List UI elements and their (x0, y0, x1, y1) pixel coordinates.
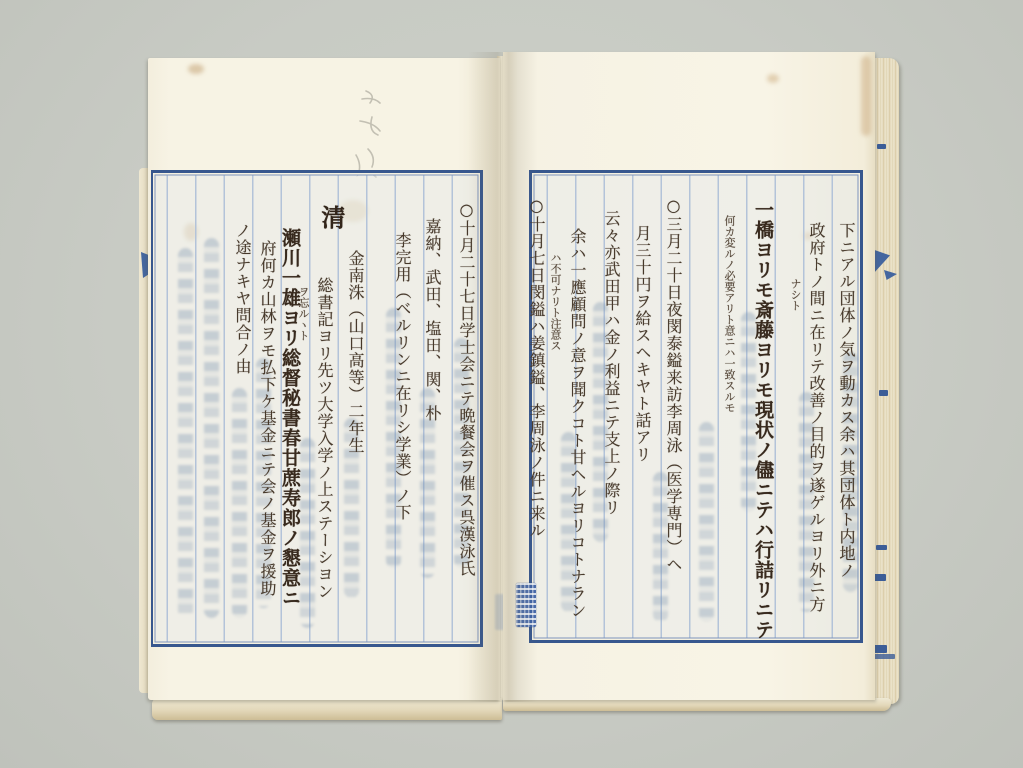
ink-bleedthrough (232, 388, 247, 618)
ink-bleedthrough (178, 248, 193, 618)
fore-edge-stack (873, 58, 899, 704)
fore-edge-frame-tick (877, 144, 886, 149)
left-page: ○十月二十七日学士会ニテ晩餐会ヲ催ス呉漢泳氏 嘉納、武田、塩田、関、朴 李完用（… (148, 58, 500, 700)
foxing-spot (767, 74, 779, 83)
text-column: 清 (319, 205, 343, 230)
text-column: 云々亦武田甲ハ金ノ利益ニテ支上ノ際リ (603, 210, 619, 516)
text-column-interlinear: ナシト (790, 278, 801, 311)
text-column: ○三月二十日夜閔泰鎰来訪李周泳（医学専門）ヘ (665, 196, 681, 573)
fore-edge-frame-tick (879, 390, 888, 396)
text-column: 瀬川一雄ヨリ総督秘書春甘蔗寿郎ノ懇意ニ (280, 228, 299, 608)
foxing-spot (188, 64, 204, 74)
photograph-of-open-manuscript-book: { "scene": { "background_color": "#c8cbc… (0, 0, 1023, 768)
text-column: 一橋ヨリモ斎藤ヨリモ現状ノ儘ニテハ行詰リニテ (753, 200, 772, 640)
collection-seal (516, 583, 536, 627)
ink-bleedthrough (204, 238, 219, 618)
text-column: 下ニアル団体ノ気ヲ動カス余ハ其団体ト内地ノ (838, 222, 854, 579)
ink-bleedthrough (699, 422, 714, 622)
text-column: ○十月二十七日学士会ニテ晩餐会ヲ催ス呉漢泳氏 (458, 200, 474, 577)
text-column: 金南洙（山口高等）二年生 (347, 250, 363, 454)
ink-bleedthrough (300, 438, 315, 628)
fore-edge-frame-tick (876, 545, 887, 550)
text-column: 府何カ山林ヲモ払下ケ基金ニテ会ノ基金ヲ援助 (259, 240, 275, 597)
text-column: 政府トノ間ニ在リテ改善ノ目的ヲ遂ゲルヨリ外ニ方 (808, 222, 824, 613)
text-column: 李完用（ベルリンニ在リシ学業）ノ下 (394, 232, 410, 521)
text-column: 余ハ一應顧問ノ意ヲ聞クコト甘ヘルヨリコトナラン (569, 228, 585, 619)
text-column: 月三十円ヲ給スヘキヤト話アリ (634, 225, 650, 463)
text-column: 嘉納、武田、塩田、関、朴 (424, 218, 440, 422)
text-column: ○十月七日閔鎰ハ姜鎮鎰、李周泳ノ件ニ来ル (528, 196, 544, 539)
bottom-page-stack (152, 698, 502, 720)
text-column-interlinear: 何カ変ルノ必要アリト意ニハ一致スルモ (724, 215, 735, 413)
text-column: ノ途ナキヤ問合ノ由 (234, 222, 250, 375)
right-page: 下ニアル団体ノ気ヲ動カス余ハ其団体ト内地ノ 政府トノ間ニ在リテ改善ノ目的ヲ遂ゲル… (503, 52, 875, 700)
text-column: 総書記ヨリ先ツ大学入学ノ上ステーシヨン (316, 277, 332, 600)
fore-edge-stain (861, 56, 871, 136)
text-column-interlinear: ハ不可ナリト注意ス (550, 252, 561, 351)
